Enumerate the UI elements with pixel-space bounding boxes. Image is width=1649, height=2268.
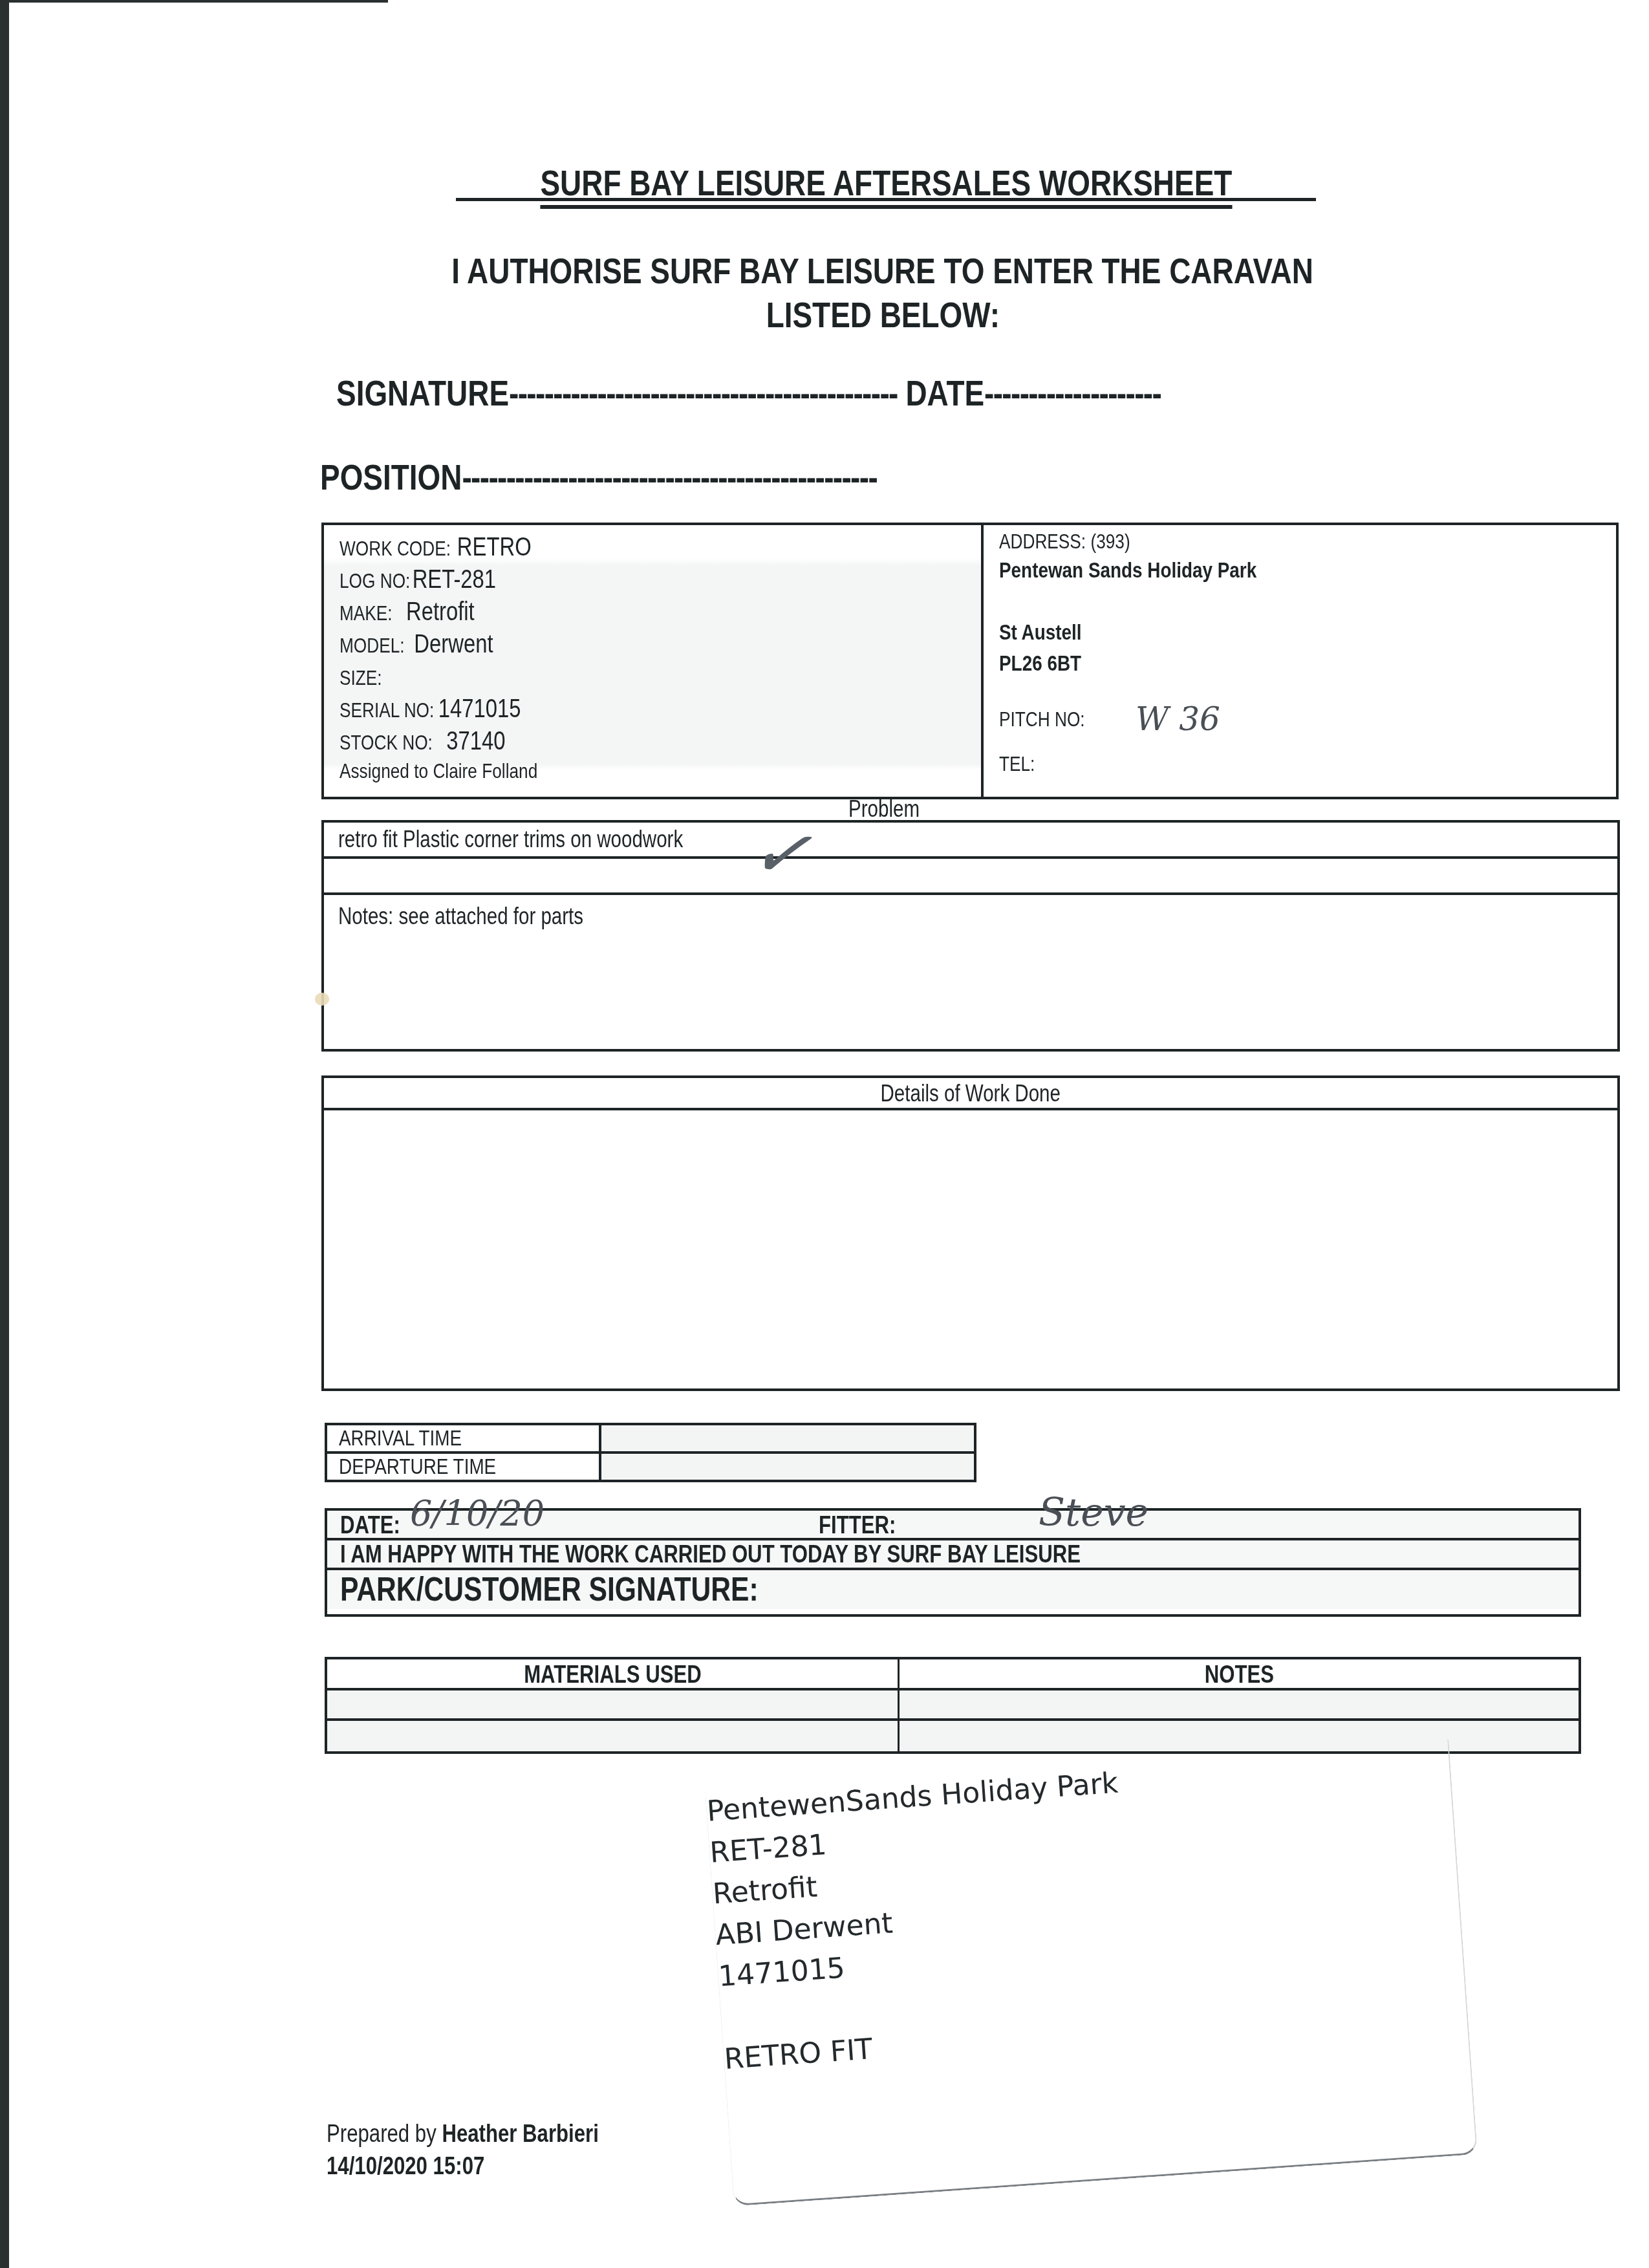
problem-row-blank[interactable] [324,859,1617,895]
signoff-date-handwritten[interactable]: 6/10/20 [410,1499,544,1529]
paper-stain [315,993,329,1006]
materials-cell[interactable] [327,1690,900,1721]
pitch-no-handwritten: W 36 [1136,701,1220,737]
date-field[interactable]: -------------------- [984,373,1161,413]
happy-statement: I AM HAPPY WITH THE WORK CARRIED OUT TOD… [327,1540,1579,1570]
work-done-heading: Details of Work Done [324,1078,1617,1110]
preparer-name: Heather Barbieri [442,2121,598,2148]
prepared-timestamp: 14/10/2020 15:07 [327,2150,484,2183]
materials-table: MATERIALS USED NOTES [325,1657,1581,1754]
stock-no-row: STOCK NO:37140 [339,726,981,758]
problem-box: retro fit Plastic corner trims on woodwo… [321,820,1620,1052]
work-done-area[interactable] [324,1110,1617,1382]
caravan-info-box: WORK CODE:RETRO LOG NO:RET-281 MAKE:Retr… [321,523,1619,799]
work-code-value: RETRO [457,533,532,561]
date-fitter-row: DATE: 6/10/20 FITTER: Steve [327,1511,1579,1540]
signature-field[interactable]: ----------------------------------------… [509,373,898,413]
position-line: POSITION--------------------------------… [320,456,999,498]
log-no-row: LOG NO:RET-281 [339,564,981,596]
arrival-time-label: ARRIVAL TIME [327,1425,599,1454]
document-title: SURF BAY LEISURE AFTERSALES WORKSHEET [0,162,1649,209]
materials-cell[interactable] [327,1721,900,1751]
checkmark-icon: ✓ [746,814,815,892]
postcode: PL26 6BT [999,648,1616,679]
title-underline [0,198,1649,201]
arrival-time-field[interactable] [599,1425,974,1454]
departure-time-label: DEPARTURE TIME [327,1454,599,1480]
time-table: ARRIVAL TIME DEPARTURE TIME [325,1423,976,1482]
materials-header: MATERIALS USED [327,1659,900,1690]
scan-border-left [0,0,9,2268]
problem-heading: Problem [321,795,1447,823]
problem-description: retro fit Plastic corner trims on woodwo… [324,823,1617,859]
town: St Austell [999,617,1616,648]
address-details: ADDRESS: (393) Pentewan Sands Holiday Pa… [984,525,1616,797]
date-label: DATE [905,373,984,413]
notes-cell[interactable] [900,1690,1579,1721]
pitch-no-row: PITCH NO: W 36 [999,701,1616,737]
stock-no-value: 37140 [446,727,505,755]
work-done-box: Details of Work Done [321,1075,1620,1391]
notes-header: NOTES [900,1659,1579,1690]
serial-no-row: SERIAL NO:1471015 [339,693,981,726]
tel-row: TEL: [999,750,1616,777]
serial-no-value: 1471015 [438,695,521,723]
label-sticker: PentewenSands Holiday Park RET-281 Retro… [705,1740,1478,2207]
authorisation-statement: I AUTHORISE SURF BAY LEISURE TO ENTER TH… [0,249,1649,337]
fitter-signature-handwritten[interactable]: Steve [1039,1498,1148,1528]
customer-signature-row[interactable]: PARK/CUSTOMER SIGNATURE: [327,1570,1579,1609]
size-row: SIZE: [339,661,981,693]
position-field[interactable]: ----------------------------------------… [462,457,877,497]
caravan-details: WORK CODE:RETRO LOG NO:RET-281 MAKE:Retr… [324,525,984,797]
notes-cell[interactable] [900,1721,1579,1751]
problem-notes: Notes: see attached for parts [324,895,1617,930]
signoff-box: DATE: 6/10/20 FITTER: Steve I AM HAPPY W… [325,1508,1581,1617]
make-row: MAKE:Retrofit [339,596,981,629]
departure-time-field[interactable] [599,1454,974,1480]
position-label: POSITION [320,457,462,497]
log-no-value: RET-281 [413,565,496,594]
address-label: ADDRESS: (393) [999,528,1616,555]
assigned-to: Assigned to Claire Folland [339,758,981,784]
prepared-by: Prepared by Heather Barbieri 14/10/2020 … [327,2118,658,2183]
scan-border-top [0,0,388,3]
model-row: MODEL:Derwent [339,629,981,661]
work-code-row: WORK CODE:RETRO [339,532,981,564]
make-value: Retrofit [406,598,475,626]
signature-line: SIGNATURE-------------------------------… [336,372,1342,414]
park-name: Pentewan Sands Holiday Park [999,555,1616,586]
signature-label: SIGNATURE [336,373,509,413]
model-value: Derwent [414,630,493,658]
